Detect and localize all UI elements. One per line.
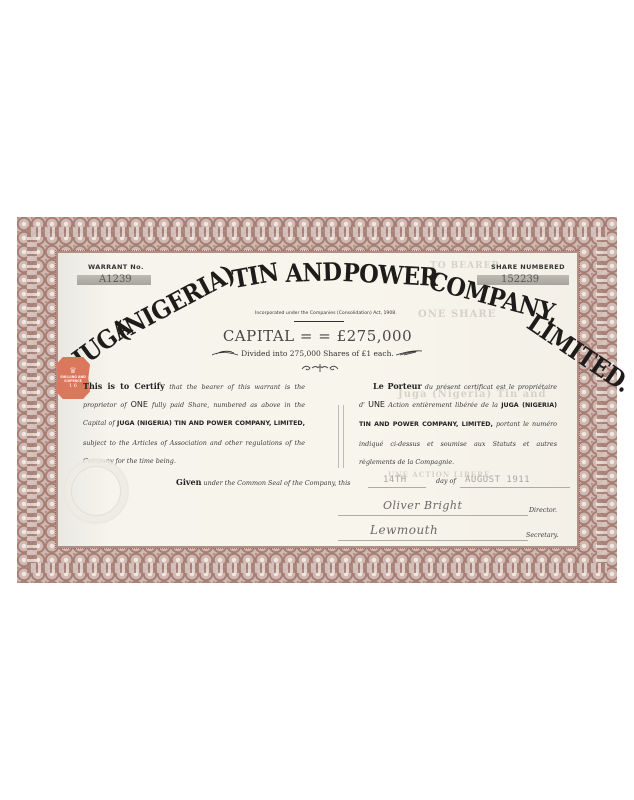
day-of-label: day of bbox=[436, 477, 456, 485]
ghost-one-share: ONE SHARE bbox=[418, 309, 496, 320]
column-divider bbox=[338, 405, 344, 468]
secretary-line bbox=[338, 540, 528, 541]
month-fill-line bbox=[460, 487, 570, 488]
company-seal bbox=[63, 458, 129, 524]
day-fill-line bbox=[368, 487, 426, 488]
stamp-value: 1 6 bbox=[69, 383, 77, 390]
day-value: 14TH bbox=[383, 475, 407, 485]
ornament-icon bbox=[300, 363, 340, 373]
capital-line: CAPITAL = = £275,000 bbox=[58, 327, 577, 345]
french-une: UNE bbox=[368, 400, 385, 409]
english-text: This is to Certify that the bearer of th… bbox=[83, 377, 305, 470]
french-line-2: Action entièrement libérée de la bbox=[385, 401, 501, 409]
share-label: SHARE NUMBERED bbox=[491, 263, 565, 271]
title-word-and: AND bbox=[285, 257, 342, 288]
given-gothic: Given bbox=[176, 477, 201, 487]
secretary-label: Secretary. bbox=[526, 532, 558, 539]
english-company: JUGA (NIGERIA) TIN AND POWER COMPANY, LI… bbox=[117, 420, 305, 427]
warrant-number-box: A1239 bbox=[77, 275, 151, 285]
director-label: Director. bbox=[529, 507, 557, 514]
given-text: under the Common Seal of the Company, th… bbox=[201, 479, 350, 487]
given-line: Given under the Common Seal of the Compa… bbox=[176, 477, 350, 487]
title-word-tin: TIN bbox=[230, 257, 281, 294]
french-text: Le Porteur du présent certificat est le … bbox=[359, 377, 557, 471]
title-word-power: POWER bbox=[342, 258, 438, 292]
english-line-3: subject to the Articles of Association a… bbox=[83, 439, 305, 465]
divided-line: Divided into 275,000 Shares of £1 each. bbox=[58, 349, 577, 358]
director-line bbox=[338, 515, 528, 516]
swash-right-icon bbox=[396, 350, 422, 356]
english-intro: This is to Certify bbox=[83, 381, 165, 391]
share-certificate: TO BEARER ONE SHARE Juga (Nigeria) Tin a… bbox=[17, 217, 617, 583]
title-rule bbox=[294, 321, 344, 322]
crown-icon: ♛ bbox=[69, 367, 76, 375]
warrant-number: A1239 bbox=[77, 274, 132, 285]
english-one: ONE bbox=[131, 400, 148, 409]
director-signature: Oliver Bright bbox=[383, 499, 462, 512]
warrant-label: WARRANT No. bbox=[88, 263, 144, 271]
french-intro: Le Porteur bbox=[359, 381, 422, 391]
swash-left-icon bbox=[212, 350, 238, 356]
incorporated-line: Incorporated under the Companies (Consol… bbox=[255, 311, 397, 316]
certificate-panel: TO BEARER ONE SHARE Juga (Nigeria) Tin a… bbox=[58, 253, 577, 546]
secretary-signature: Lewmouth bbox=[370, 523, 438, 537]
month-year-value: AUGUST 1911 bbox=[465, 475, 530, 485]
